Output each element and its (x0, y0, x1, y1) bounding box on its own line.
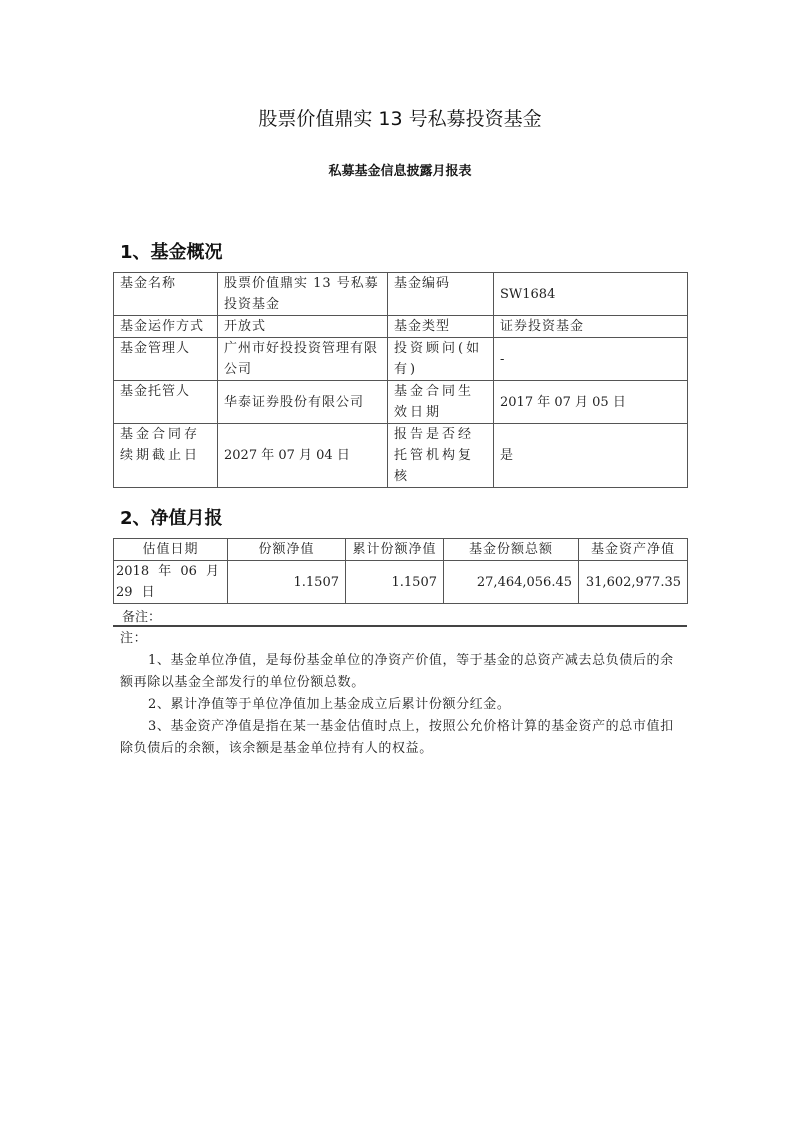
value-custodian-reviewed: 是 (494, 424, 688, 488)
label-fund-type: 基金类型 (388, 316, 494, 338)
value-investment-advisor: - (494, 338, 688, 381)
nav-monthly-table: 估值日期 份额净值 累计份额净值 基金份额总额 基金资产净值 2018 年 06… (113, 538, 688, 604)
cell-unit-nav: 1.1507 (228, 561, 346, 604)
fund-overview-table: 基金名称 股票价值鼎实 13 号私募投资基金 基金编码 SW1684 基金运作方… (113, 272, 688, 488)
value-contract-effective-date: 2017 年 07 月 05 日 (494, 381, 688, 424)
label-fund-name: 基金名称 (114, 273, 218, 316)
value-fund-manager: 广州市好投投资管理有限公司 (218, 338, 388, 381)
section-heading-fund-overview: 1、基金概况 (120, 238, 223, 264)
table-row: 基金管理人 广州市好投投资管理有限公司 投资顾问(如有) - (114, 338, 688, 381)
table-row: 2018 年 06 月 29 日 1.1507 1.1507 27,464,05… (114, 561, 688, 604)
note-item: 3、基金资产净值是指在某一基金估值时点上，按照公允价格计算的基金资产的总市值扣除… (120, 716, 686, 760)
cell-cumulative-nav: 1.1507 (346, 561, 444, 604)
table-header-row: 估值日期 份额净值 累计份额净值 基金份额总额 基金资产净值 (114, 539, 688, 561)
document-subtitle: 私募基金信息披露月报表 (0, 160, 800, 179)
cell-valuation-date: 2018 年 06 月 29 日 (114, 561, 228, 604)
notes-label: 注： (120, 628, 686, 650)
note-item: 1、基金单位净值，是每份基金单位的净资产价值，等于基金的总资产减去总负债后的余额… (120, 650, 686, 694)
notes-block: 注： 1、基金单位净值，是每份基金单位的净资产价值，等于基金的总资产减去总负债后… (120, 628, 686, 760)
remark-label: 备注： (122, 606, 161, 625)
document-title: 股票价值鼎实 13 号私募投资基金 (0, 104, 800, 131)
cell-total-shares: 27,464,056.45 (444, 561, 579, 604)
label-fund-manager: 基金管理人 (114, 338, 218, 381)
column-header-cumulative-nav: 累计份额净值 (346, 539, 444, 561)
column-header-total-shares: 基金份额总额 (444, 539, 579, 561)
value-fund-name: 股票价值鼎实 13 号私募投资基金 (218, 273, 388, 316)
label-custodian-reviewed: 报告是否经托管机构复核 (388, 424, 494, 488)
table-row: 基金合同存续期截止日 2027 年 07 月 04 日 报告是否经托管机构复核 … (114, 424, 688, 488)
value-operation-mode: 开放式 (218, 316, 388, 338)
cell-net-assets: 31,602,977.35 (579, 561, 688, 604)
note-item: 2、累计净值等于单位净值加上基金成立后累计份额分红金。 (120, 694, 686, 716)
label-contract-effective-date: 基金合同生效日期 (388, 381, 494, 424)
value-custodian: 华泰证券股份有限公司 (218, 381, 388, 424)
table-row: 基金托管人 华泰证券股份有限公司 基金合同生效日期 2017 年 07 月 05… (114, 381, 688, 424)
label-contract-expiry-date: 基金合同存续期截止日 (114, 424, 218, 488)
section-heading-nav-monthly: 2、净值月报 (120, 504, 223, 530)
column-header-net-assets: 基金资产净值 (579, 539, 688, 561)
divider (113, 625, 687, 627)
table-row: 基金名称 股票价值鼎实 13 号私募投资基金 基金编码 SW1684 (114, 273, 688, 316)
label-operation-mode: 基金运作方式 (114, 316, 218, 338)
value-fund-code: SW1684 (494, 273, 688, 316)
value-contract-expiry-date: 2027 年 07 月 04 日 (218, 424, 388, 488)
label-fund-code: 基金编码 (388, 273, 494, 316)
label-custodian: 基金托管人 (114, 381, 218, 424)
column-header-valuation-date: 估值日期 (114, 539, 228, 561)
table-row: 基金运作方式 开放式 基金类型 证券投资基金 (114, 316, 688, 338)
value-fund-type: 证券投资基金 (494, 316, 688, 338)
label-investment-advisor: 投资顾问(如有) (388, 338, 494, 381)
column-header-unit-nav: 份额净值 (228, 539, 346, 561)
